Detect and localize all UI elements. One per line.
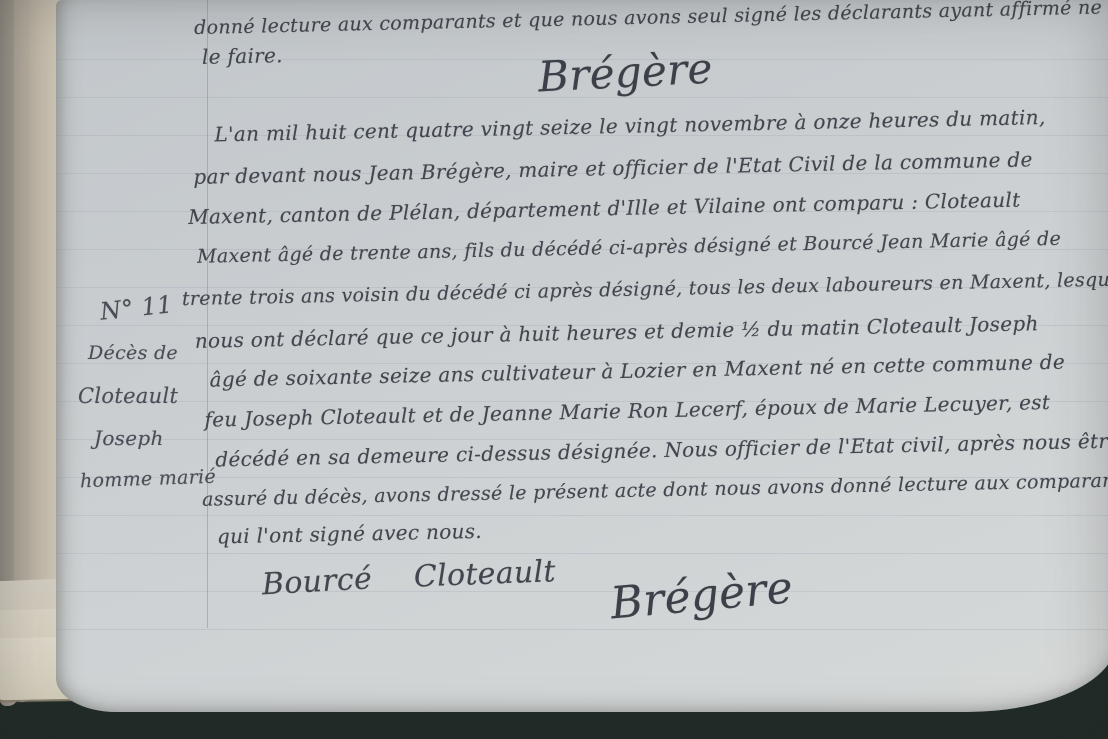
act-text-line: L'an mil huit cent quatre vingt seize le… [214, 105, 1045, 146]
act-text-line: assuré du décès, avons dressé le présent… [202, 469, 1108, 510]
act-text-line: par devant nous Jean Brégère, maire et o… [193, 147, 1033, 189]
signature-witness-cloteault: Cloteault [413, 554, 556, 594]
act-text-line: Maxent, canton de Plélan, département d'… [188, 188, 1021, 229]
act-text-line: nous ont déclaré que ce jour à huit heur… [195, 311, 1039, 353]
act-text-line: âgé de soixante seize ans cultivateur à … [209, 350, 1065, 392]
act-paragraph: L'an mil huit cent quatre vingt seize le… [50, 0, 1108, 716]
register-photo: donné lecture aux comparants et que nous… [0, 0, 1108, 739]
register-page: donné lecture aux comparants et que nous… [56, 0, 1108, 712]
act-text-line: feu Joseph Cloteault et de Jeanne Marie … [204, 390, 1050, 432]
act-text-line: décédé en sa demeure ci-dessus désignée.… [215, 429, 1108, 472]
act-text-line: Maxent âgé de trente ans, fils du décédé… [197, 228, 1061, 268]
act-text-line: qui l'ont signé avec nous. [217, 519, 482, 549]
act-text-line: trente trois ans voisin du décédé ci apr… [182, 268, 1108, 310]
signature-witness-bource: Bourcé [261, 561, 373, 602]
signature-mayor-bregere: Brégère [608, 562, 795, 629]
